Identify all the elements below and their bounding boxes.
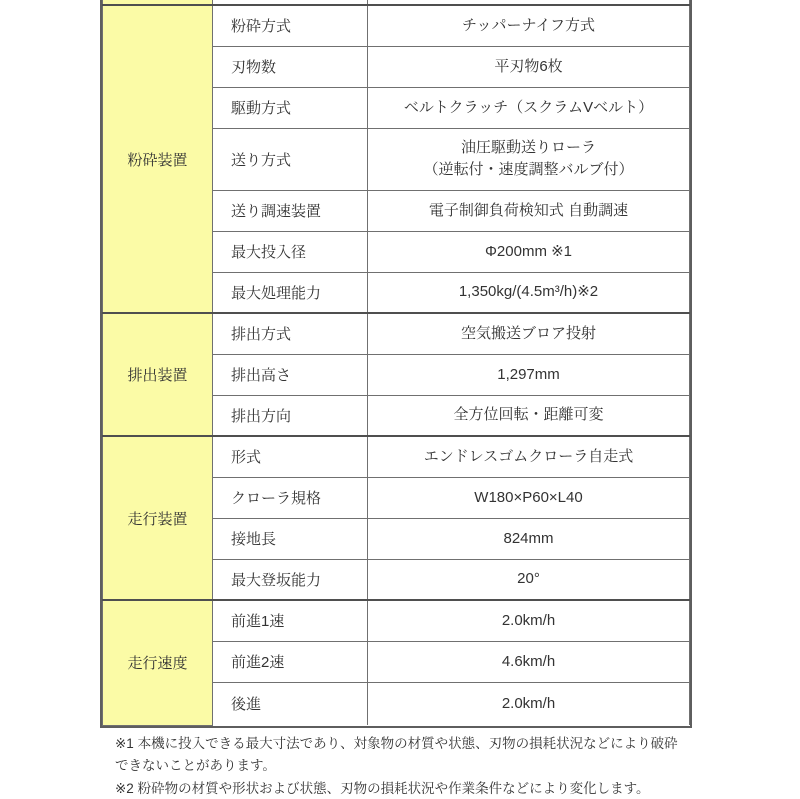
category-cell: 粉砕装置	[103, 5, 213, 313]
spec-value-cell: 全方位回転・距離可変	[368, 395, 690, 436]
spec-name-cell: 形式	[213, 436, 368, 477]
category-cell: 走行装置	[103, 436, 213, 600]
spec-value-cell: ベルトクラッチ（スクラムVベルト）	[368, 87, 690, 128]
spec-value-cell: 1,350kg/(4.5m³/h)※2	[368, 272, 690, 313]
spec-row: 排出装置 排出方式 空気搬送ブロア投射	[103, 313, 690, 354]
page: 粉砕装置 粉砕方式 チッパーナイフ方式 刃物数 平刃物6枚 駆動方式 ベルトクラ…	[0, 0, 800, 799]
spec-value-cell: 824mm	[368, 518, 690, 559]
spec-name-cell: 前進2速	[213, 641, 368, 682]
category-cell: 走行速度	[103, 600, 213, 725]
spec-name-cell: 後進	[213, 682, 368, 725]
spec-table-container: 粉砕装置 粉砕方式 チッパーナイフ方式 刃物数 平刃物6枚 駆動方式 ベルトクラ…	[100, 0, 692, 728]
spec-value-cell: チッパーナイフ方式	[368, 5, 690, 46]
spec-row: 粉砕装置 粉砕方式 チッパーナイフ方式	[103, 5, 690, 46]
spec-name-cell: 最大処理能力	[213, 272, 368, 313]
footnotes: ※1 本機に投入できる最大寸法であり、対象物の材質や状態、刃物の損耗状況などによ…	[115, 733, 683, 799]
category-cell: 排出装置	[103, 313, 213, 436]
spec-value-cell: 油圧駆動送りローラ （逆転付・速度調整バルブ付）	[368, 128, 690, 190]
spec-name-cell: 粉砕方式	[213, 5, 368, 46]
spec-value-cell: W180×P60×L40	[368, 477, 690, 518]
spec-value-cell: 20°	[368, 559, 690, 600]
spec-name-cell: 前進1速	[213, 600, 368, 641]
spec-value-cell: 2.0km/h	[368, 600, 690, 641]
spec-value-cell: Φ200mm ※1	[368, 231, 690, 272]
spec-value-cell: エンドレスゴムクローラ自走式	[368, 436, 690, 477]
footnote-2: ※2 粉砕物の材質や形状および状態、刃物の損耗状況や作業条件などにより変化します…	[115, 778, 683, 799]
spec-value-cell: 2.0km/h	[368, 682, 690, 725]
spec-value-cell: 平刃物6枚	[368, 46, 690, 87]
spec-row: 走行装置 形式 エンドレスゴムクローラ自走式	[103, 436, 690, 477]
spec-value-cell: 電子制御負荷検知式 自動調速	[368, 190, 690, 231]
spec-value-cell: 4.6km/h	[368, 641, 690, 682]
spec-name-cell: 刃物数	[213, 46, 368, 87]
spec-name-cell: 送り調速装置	[213, 190, 368, 231]
spec-name-cell: クローラ規格	[213, 477, 368, 518]
spec-name-cell: 排出高さ	[213, 354, 368, 395]
spec-name-cell: 最大投入径	[213, 231, 368, 272]
spec-name-cell: 駆動方式	[213, 87, 368, 128]
spec-value-cell: 空気搬送ブロア投射	[368, 313, 690, 354]
spec-row: 走行速度 前進1速 2.0km/h	[103, 600, 690, 641]
footnote-1: ※1 本機に投入できる最大寸法であり、対象物の材質や状態、刃物の損耗状況などによ…	[115, 733, 683, 778]
spec-name-cell: 接地長	[213, 518, 368, 559]
spec-table: 粉砕装置 粉砕方式 チッパーナイフ方式 刃物数 平刃物6枚 駆動方式 ベルトクラ…	[102, 0, 690, 726]
spec-name-cell: 送り方式	[213, 128, 368, 190]
spec-name-cell: 排出方式	[213, 313, 368, 354]
spec-name-cell: 最大登坂能力	[213, 559, 368, 600]
spec-value-cell: 1,297mm	[368, 354, 690, 395]
spec-name-cell: 排出方向	[213, 395, 368, 436]
